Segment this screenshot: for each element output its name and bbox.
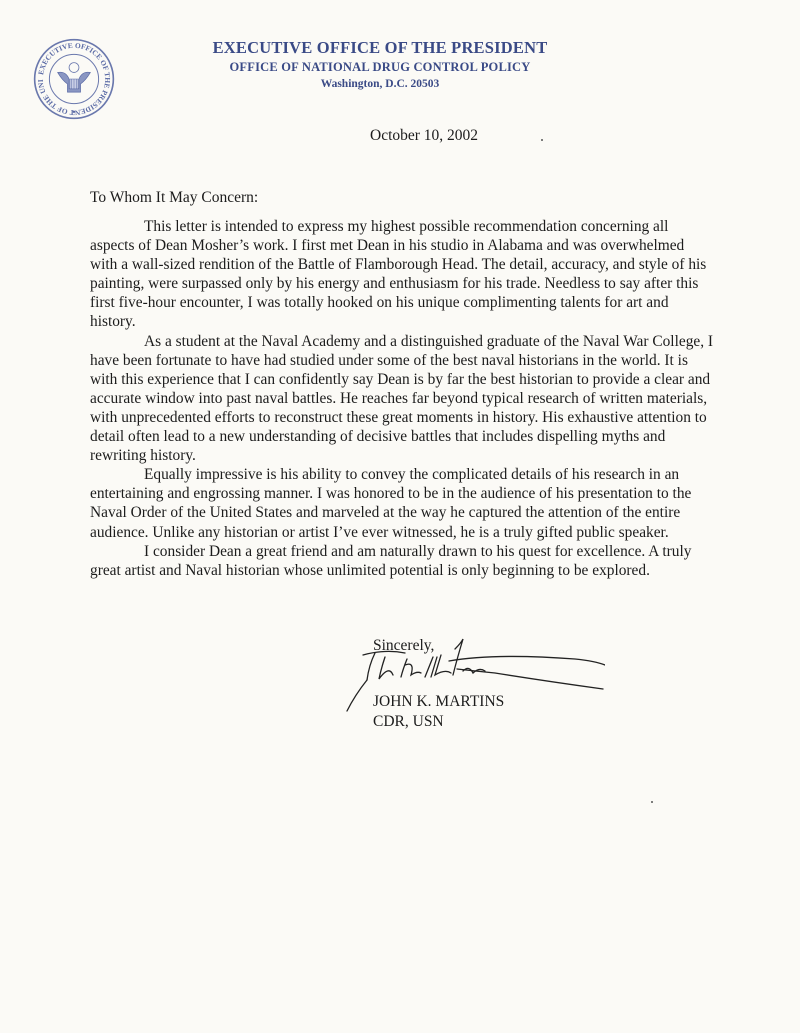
paragraph: I consider Dean a great friend and am na… xyxy=(90,542,715,580)
letter-body: This letter is intended to express my hi… xyxy=(90,217,715,580)
salutation: To Whom It May Concern: xyxy=(90,189,258,207)
paper-speck xyxy=(541,139,543,141)
paragraph: This letter is intended to express my hi… xyxy=(90,217,715,332)
paper-speck xyxy=(651,801,653,803)
signature-block: JOHN K. MARTINS CDR, USN xyxy=(373,692,504,731)
letter-date: October 10, 2002 xyxy=(370,127,478,145)
letterhead: EXECUTIVE OFFICE OF THE PRESIDENT OFFICE… xyxy=(180,38,580,92)
paragraph: As a student at the Naval Academy and a … xyxy=(90,332,715,466)
letterhead-title: EXECUTIVE OFFICE OF THE PRESIDENT xyxy=(180,38,580,58)
signer-name: JOHN K. MARTINS xyxy=(373,692,504,712)
paragraph: Equally impressive is his ability to con… xyxy=(90,465,715,541)
letterhead-subtitle: OFFICE OF NATIONAL DRUG CONTROL POLICY xyxy=(180,58,580,76)
signer-rank: CDR, USN xyxy=(373,712,504,732)
presidential-seal-icon: EXECUTIVE OFFICE OF THE PRESIDENT OF THE… xyxy=(33,38,115,120)
letterhead-address: Washington, D.C. 20503 xyxy=(180,76,580,92)
